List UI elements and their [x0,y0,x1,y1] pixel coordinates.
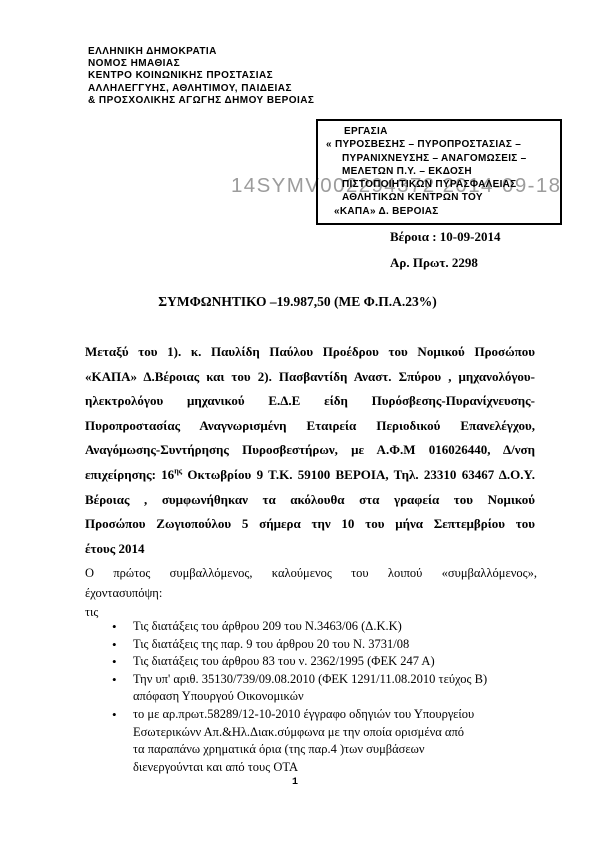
agreement-paragraph: Μεταξύ του 1). κ. Παυλίδη Παύλου Προέδρο… [85,340,535,561]
work-description-box: ΕΡΓΑΣΙΑ « ΠΥΡΟΣΒΕΣΗΣ – ΠΥΡΟΠΡΟΣΤΑΣΙΑΣ – … [316,119,562,225]
document-title: ΣΥΜΦΩΝΗΤΙΚΟ –19.987,50 (ΜΕ Φ.Π.Α.23%) [0,294,595,310]
place-date: Βέροια : 10-09-2014 [390,229,500,245]
preamble-line: έχοντασυπόψη: [85,584,537,604]
work-box-line: ΕΡΓΑΣΙΑ [322,125,556,138]
agreement-line: έτους 2014 [85,537,535,562]
agreement-line-post: Οκτωβρίου 9 Τ.Κ. 59100 ΒΕΡΟΙΑ, Τηλ. 2331… [182,467,535,482]
agency-line: ΝΟΜΟΣ ΗΜΑΘΙΑΣ [88,58,314,70]
agreement-line: Αναγόμωσης-Συντήρησης Πυροσβεστήρων, με … [85,438,535,463]
protocol-number: Αρ. Πρωτ. 2298 [390,255,500,271]
agreement-line: Πυροπροστασίας Αναγνωρισμένη Εταιρεία Πε… [85,414,535,439]
agreement-line: Βέροιας , συμφωνήθηκαν τα ακόλουθα στα γ… [85,488,535,513]
dateline: Βέροια : 10-09-2014 Αρ. Πρωτ. 2298 [390,229,500,271]
agreement-line: επιχείρησης: 16ης Οκτωβρίου 9 Τ.Κ. 59100… [85,463,535,488]
agency-header: ΕΛΛΗΝΙΚΗ ΔΗΜΟΚΡΑΤΙΑ ΝΟΜΟΣ ΗΜΑΘΙΑΣ ΚΕΝΤΡΟ… [88,46,314,107]
agency-line: & ΠΡΟΣΧΟΛΙΚΗΣ ΑΓΩΓΗΣ ΔΗΜΟΥ ΒΕΡΟΙΑΣ [88,95,314,107]
work-box-line: ΠΙΣΤΟΠΟΙΗΤΙΚΩΝ ΠΥΡΑΣΦΑΛΕΙΑΣ [322,178,556,191]
work-box-line: « ΠΥΡΟΣΒΕΣΗΣ – ΠΥΡΟΠΡΟΣΤΑΣΙΑΣ – [322,138,556,151]
work-box-line: «ΚΑΠΑ» Δ. ΒΕΡΟΙΑΣ [322,205,556,218]
consideration-item: το με αρ.πρωτ.58289/12-10-2010 έγγραφο ο… [110,706,512,776]
work-box-line: ΜΕΛΕΤΩΝ Π.Υ. – ΕΚΔΟΣΗ [322,165,556,178]
agreement-line-pre: επιχείρησης: 16 [85,467,174,482]
agreement-line: «ΚΑΠΑ» Δ.Βέροιας και του 2). Πασβαντίδη … [85,365,535,390]
work-box-line: ΑΘΛΗΤΙΚΩΝ ΚΕΝΤΡΩΝ ΤΟΥ [322,191,556,204]
consideration-item: Τις διατάξεις του άρθρου 83 του ν. 2362/… [110,653,512,671]
consideration-item: Την υπ' αριθ. 35130/739/09.08.2010 (ΦΕΚ … [110,671,512,706]
document-page: ΕΛΛΗΝΙΚΗ ΔΗΜΟΚΡΑΤΙΑ ΝΟΜΟΣ ΗΜΑΘΙΑΣ ΚΕΝΤΡΟ… [0,0,595,842]
agreement-line: ηλεκτρολόγου μηχανικού Ε.Δ.Ε είδη Πυρόσβ… [85,389,535,414]
agency-line: ΕΛΛΗΝΙΚΗ ΔΗΜΟΚΡΑΤΙΑ [88,46,314,58]
legal-considerations-list: Τις διατάξεις του άρθρου 209 του Ν.3463/… [110,618,512,776]
agreement-line: Προσώπου Ζωγιοπούλου 5 σήμερα την 10 του… [85,512,535,537]
consideration-item: Τις διατάξεις του άρθρου 209 του Ν.3463/… [110,618,512,636]
work-box-line: ΠΥΡΑΝΙΧΝΕΥΣΗΣ – ΑΝΑΓΟΜΩΣΕΙΣ – [322,152,556,165]
agency-line: ΚΕΝΤΡΟ ΚΟΙΝΩΝΙΚΗΣ ΠΡΟΣΤΑΣΙΑΣ [88,70,314,82]
page-number: 1 [0,777,590,788]
agreement-line: Μεταξύ του 1). κ. Παυλίδη Παύλου Προέδρο… [85,340,535,365]
preamble-paragraph: Ο πρώτος συμβαλλόμενος, καλούμενος του λ… [85,564,537,623]
consideration-item: Τις διατάξεις της παρ. 9 του άρθρου 20 τ… [110,636,512,654]
ordinal-suffix: ης [174,467,182,476]
agency-line: ΑΛΛΗΛΕΓΓΥΗΣ, ΑΘΛΗΤΙΜΟΥ, ΠΑΙΔΕΙΑΣ [88,83,314,95]
preamble-line: Ο πρώτος συμβαλλόμενος, καλούμενος του λ… [85,564,537,584]
